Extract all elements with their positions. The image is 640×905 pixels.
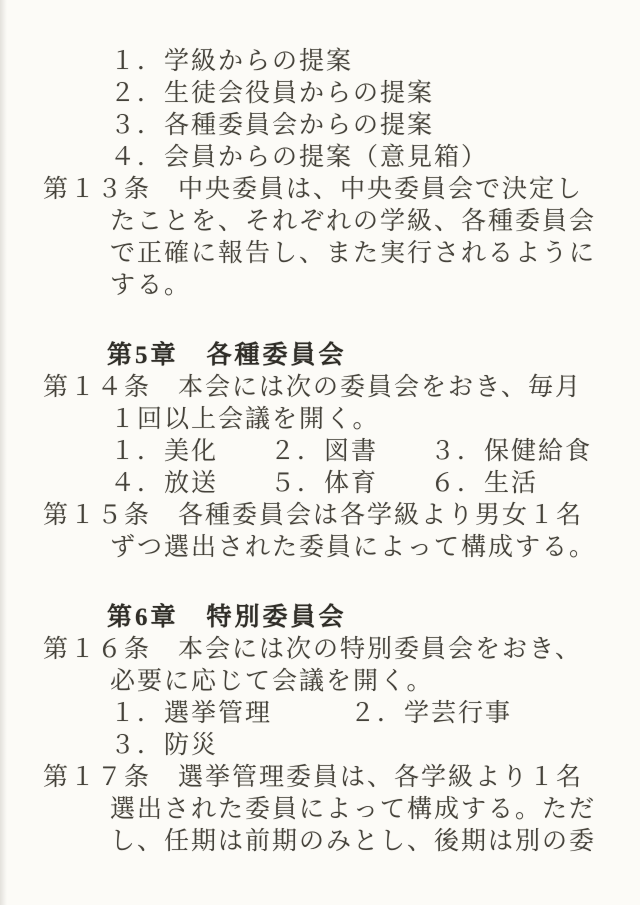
committee-cell: １．選挙管理: [110, 698, 350, 730]
article-line: 第１７条 選挙管理委員は、各学級より１名: [0, 762, 640, 794]
continuation-line: で正確に報告し、また実行されるように: [0, 238, 640, 270]
ordered-list-item: １．学級からの提案: [0, 46, 640, 78]
article-line: 第１６条 本会には次の特別委員会をおき、: [0, 634, 640, 666]
committee-cell: １．美化: [110, 436, 270, 468]
ordered-list-item: ３．各種委員会からの提案: [0, 110, 640, 142]
committee-cell: ３．保健給食: [430, 438, 592, 465]
continuation-line: 選出された委員によって構成する。ただ: [0, 794, 640, 826]
chapter-heading: 第6章 特別委員会: [0, 602, 640, 634]
ordered-list-item: ２．生徒会役員からの提案: [0, 78, 640, 110]
ordered-list-item: ３．防災: [0, 730, 640, 762]
article-line: 第１３条 中央委員は、中央委員会で決定し: [0, 174, 640, 206]
document-text: １．学級からの提案２．生徒会役員からの提案３．各種委員会からの提案４．会員からの…: [0, 46, 640, 858]
committee-cell: ６．生活: [430, 470, 538, 497]
article-line: 第１４条 本会には次の委員会をおき、毎月: [0, 372, 640, 404]
committee-list-row: １．選挙管理２．学芸行事: [0, 698, 640, 730]
committee-list-row: １．美化２．図書３．保健給食: [0, 436, 640, 468]
continuation-line: し、任期は前期のみとし、後期は別の委: [0, 826, 640, 858]
committee-list-row: ４．放送５．体育６．生活: [0, 468, 640, 500]
ordered-list-item: ４．会員からの提案（意見箱）: [0, 142, 640, 174]
chapter-heading: 第5章 各種委員会: [0, 340, 640, 372]
committee-cell: ４．放送: [110, 468, 270, 500]
scanned-document-page: １．学級からの提案２．生徒会役員からの提案３．各種委員会からの提案４．会員からの…: [0, 0, 640, 905]
continuation-line: たことを、それぞれの学級、各種委員会: [0, 206, 640, 238]
continuation-line: する。: [0, 270, 640, 302]
continuation-line: 必要に応じて会議を開く。: [0, 666, 640, 698]
continuation-line: １回以上会議を開く。: [0, 404, 640, 436]
committee-cell: ２．図書: [270, 436, 430, 468]
article-line: 第１５条 各種委員会は各学級より男女１名: [0, 500, 640, 532]
committee-cell: ２．学芸行事: [350, 700, 512, 727]
continuation-line: ずつ選出された委員によって構成する。: [0, 532, 640, 564]
committee-cell: ５．体育: [270, 468, 430, 500]
